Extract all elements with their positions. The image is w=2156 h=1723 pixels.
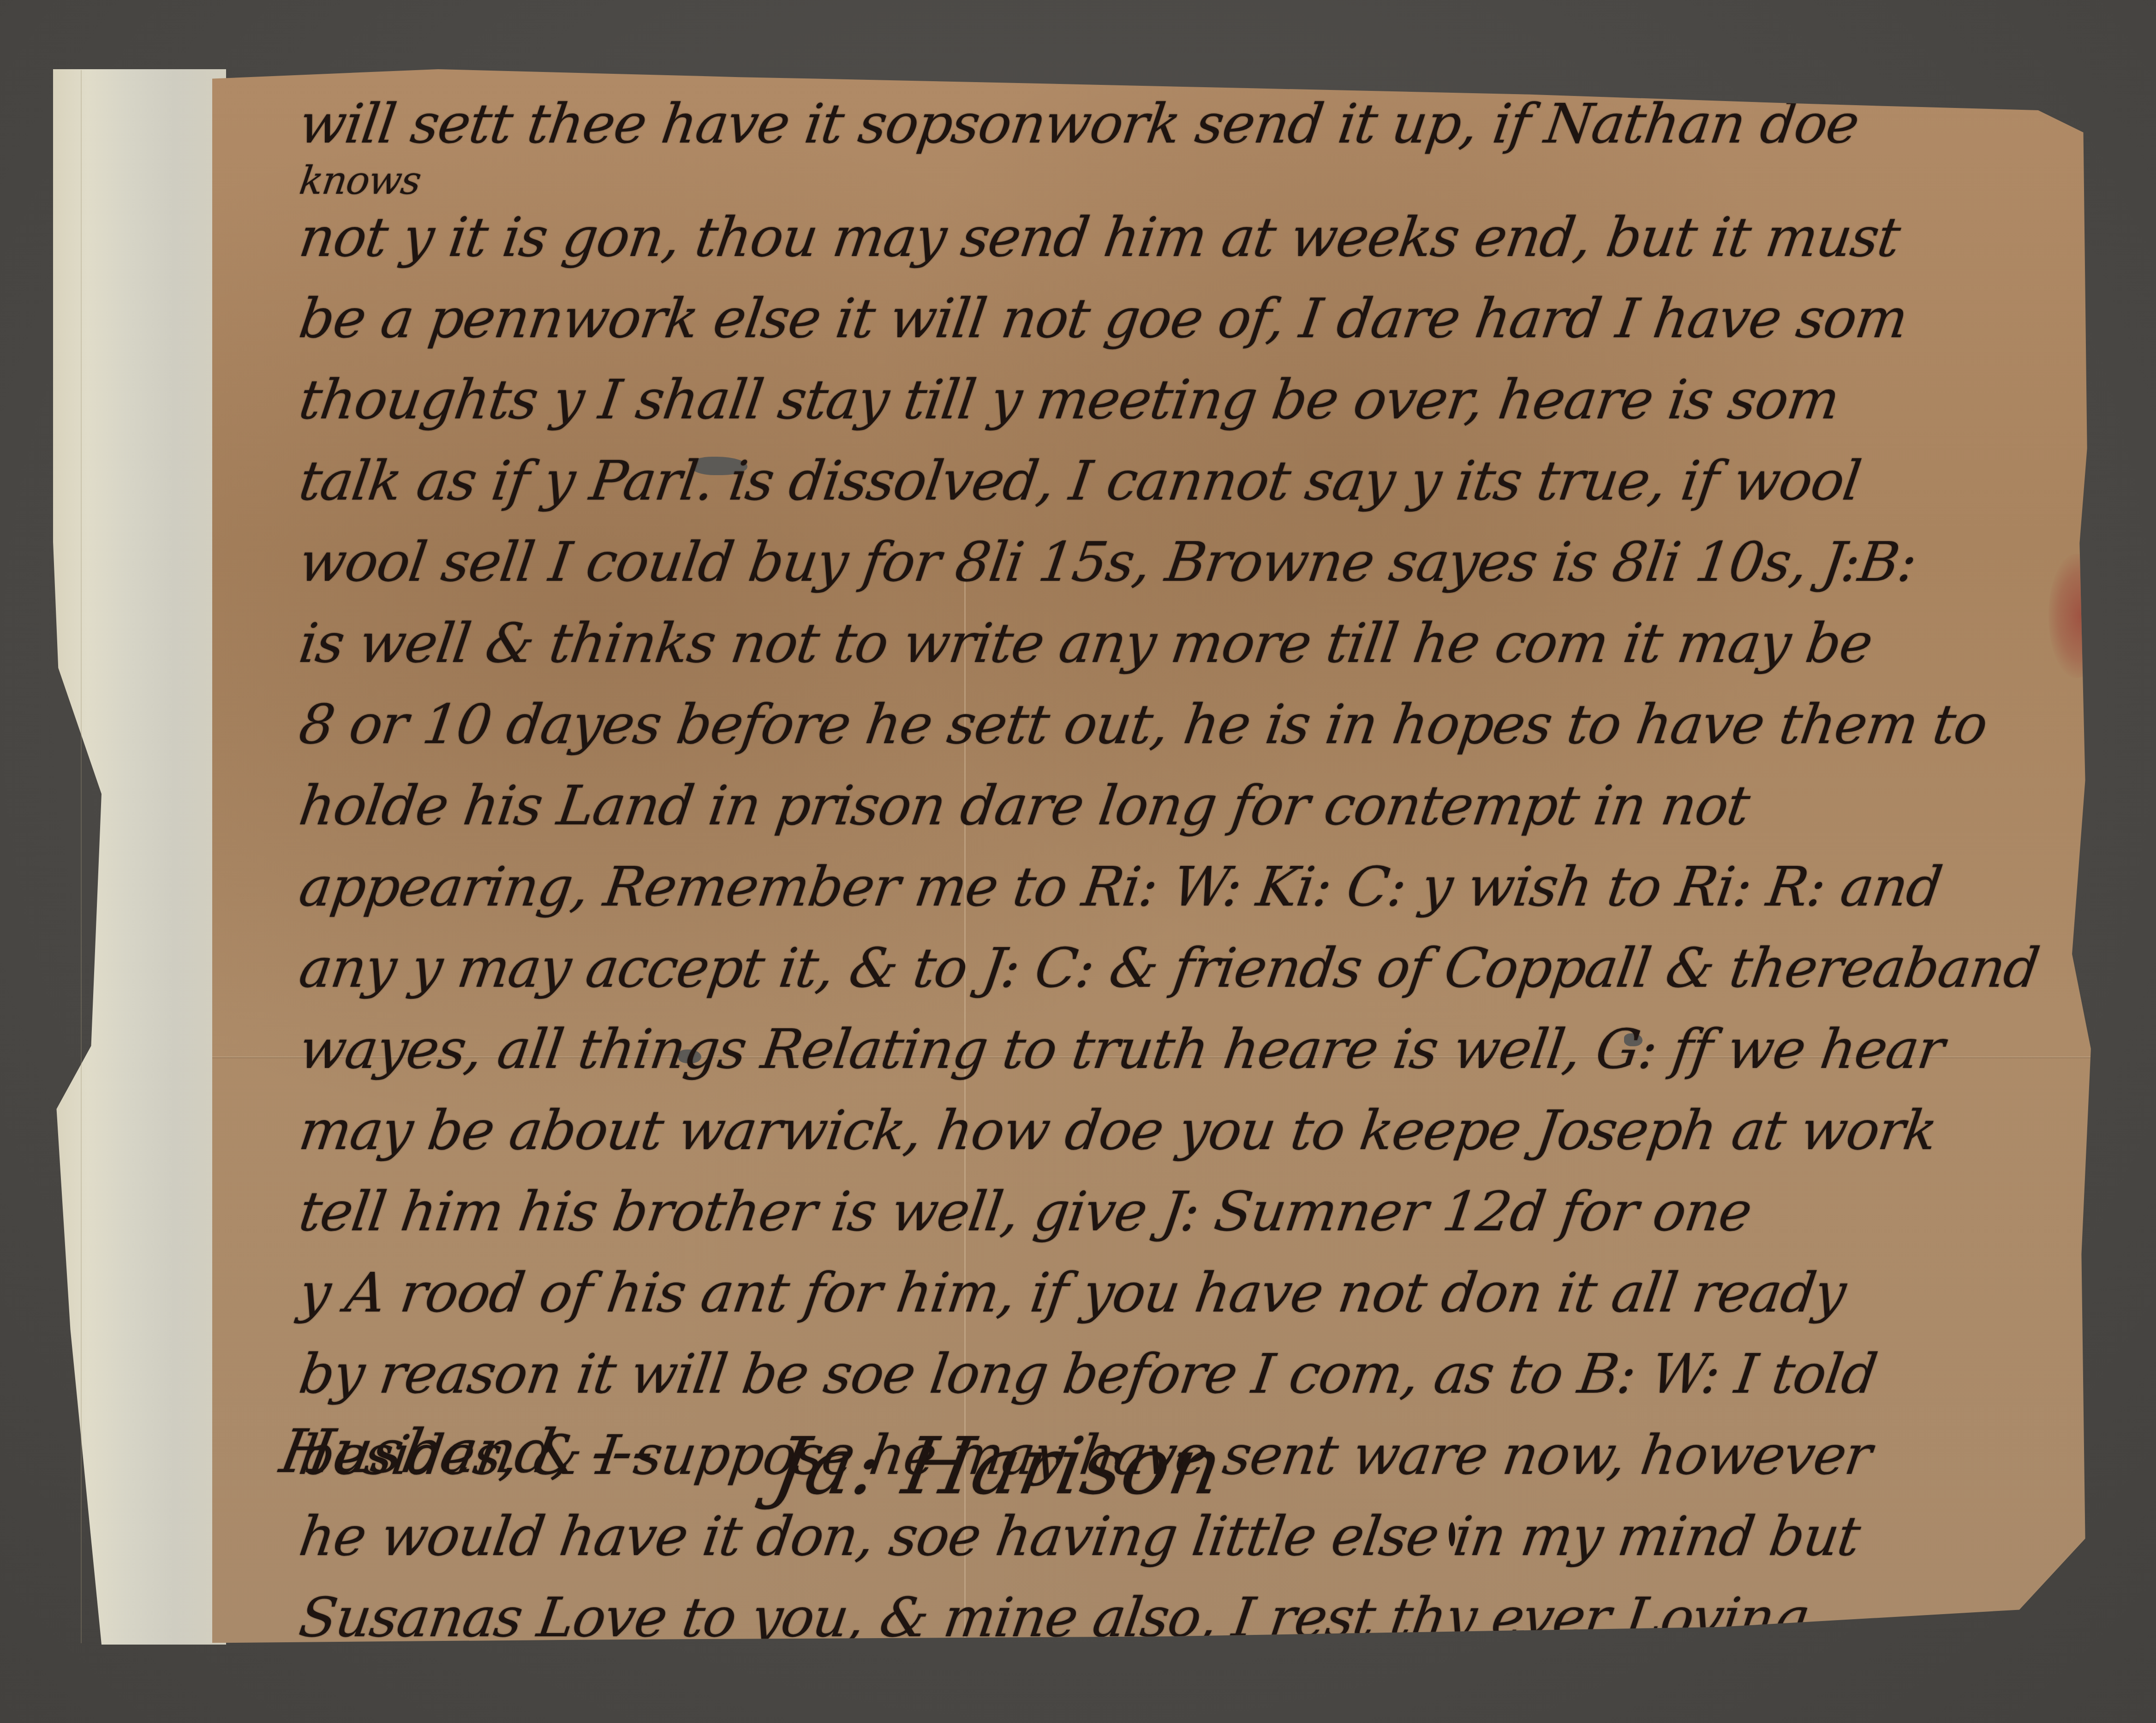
- letter-line: not y it is gon, thou may send him at we…: [294, 197, 2050, 278]
- signature: Ja: Harison: [767, 1421, 1229, 1512]
- letter-line: tell him his brother is well, give J: Su…: [294, 1171, 2050, 1252]
- letter-line: wool sell I could buy for 8li 15s, Brown…: [294, 521, 2050, 602]
- letter-line: thoughts y I shall stay till y meeting b…: [294, 359, 2050, 440]
- letter-line: by reason it will be soe long before I c…: [294, 1333, 2050, 1414]
- letter-line: y A rood of his ant for him, if you have…: [294, 1252, 2050, 1333]
- letter-line-interlinear: knows: [298, 164, 2046, 197]
- valediction: Husband, ---: [275, 1416, 660, 1486]
- hinge-fold-line: [81, 70, 82, 1643]
- letter-line: 8 or 10 dayes before he sett out, he is …: [294, 684, 2050, 765]
- letter-line: any y may accept it, & to J: C: & friend…: [294, 927, 2050, 1008]
- letter-line: may be about warwick, how doe you to kee…: [294, 1090, 2050, 1171]
- letter-paper: will sett thee have it sopsonwork send i…: [212, 69, 2095, 1649]
- letter-line: holde his Land in prison dare long for c…: [294, 765, 2050, 846]
- letter-line: appearing, Remember me to Ri: W: Ki: C: …: [294, 846, 2050, 927]
- letter-line: is well & thinks not to write any more t…: [294, 602, 2050, 684]
- letter-line: wayes, all things Relating to truth hear…: [294, 1008, 2050, 1090]
- letter-line: be a pennwork else it will not goe of, I…: [294, 278, 2050, 359]
- letter-line: talk as if y Parl. is dissolved, I canno…: [294, 440, 2050, 521]
- ink-mark: [1449, 1522, 1455, 1546]
